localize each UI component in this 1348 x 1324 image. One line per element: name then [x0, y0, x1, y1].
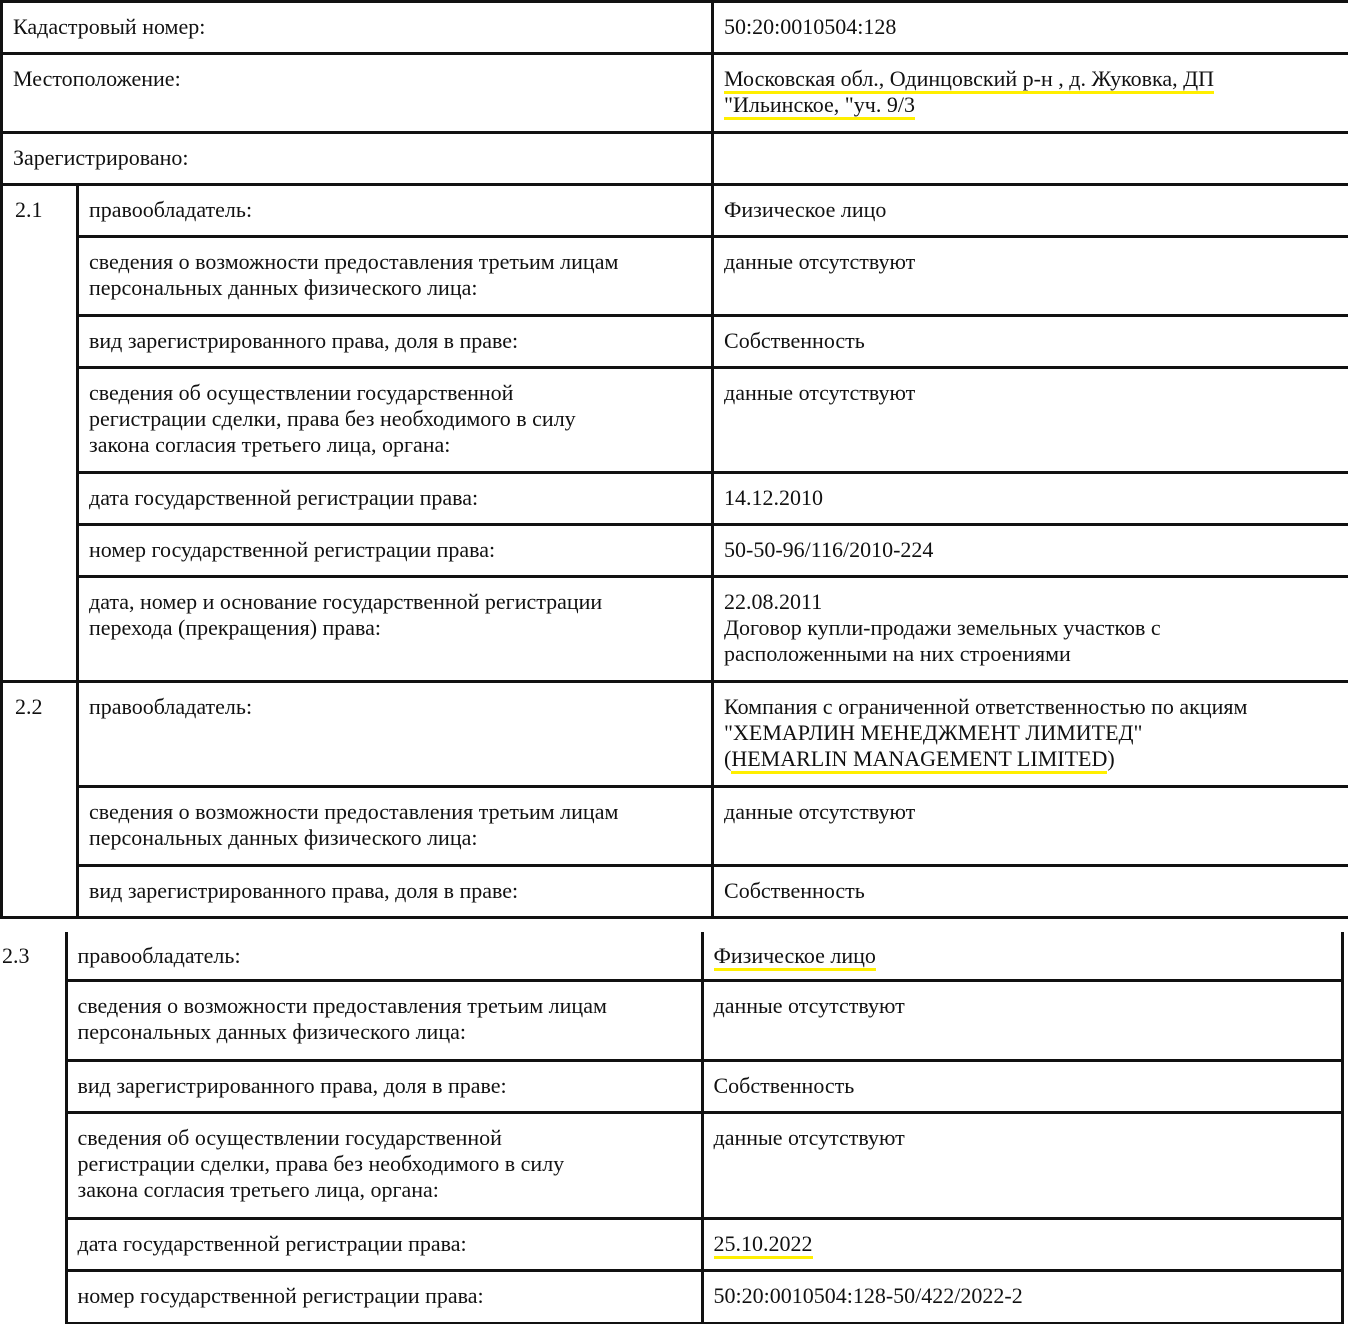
section-row: дата государственной регистрации права:1…: [2, 473, 1348, 525]
field-label: правообладатель:: [78, 682, 713, 787]
text-line: данные отсутствуют: [714, 993, 1331, 1019]
field-value: 14.12.2010: [713, 473, 1348, 525]
text-line: 25.10.2022: [714, 1231, 1331, 1257]
section-row: номер государственной регистрации права:…: [2, 525, 1348, 577]
field-label: дата, номер и основание государственной …: [78, 577, 713, 682]
field-label: дата государственной регистрации права:: [78, 473, 713, 525]
section-number: 2.2: [2, 682, 78, 918]
text-line: Физическое лицо: [714, 943, 1331, 969]
text-line: "Ильинское, "уч. 9/3: [724, 92, 1338, 118]
field-label: Местоположение:: [2, 54, 713, 133]
section-number: 2.1: [2, 185, 78, 682]
header-row: Кадастровый номер:50:20:0010504:128: [2, 2, 1348, 54]
text-line: Собственность: [714, 1073, 1331, 1099]
field-label: сведения о возможности предоставления тр…: [66, 980, 702, 1060]
field-label: сведения о возможности предоставления тр…: [78, 787, 713, 866]
field-value: Собственность: [713, 866, 1348, 918]
field-value: Физическое лицо: [713, 185, 1348, 237]
text-line: Физическое лицо: [724, 197, 1338, 223]
section-row: дата государственной регистрации права:2…: [0, 1218, 1342, 1270]
text-line: сведения о возможности предоставления тр…: [89, 799, 701, 825]
section-row: 2.2правообладатель:Компания с ограниченн…: [2, 682, 1348, 787]
section-row: сведения об осуществлении государственно…: [2, 368, 1348, 473]
text-line: данные отсутствуют: [714, 1125, 1331, 1151]
text-line: "ХЕМАРЛИН МЕНЕДЖМЕНТ ЛИМИТЕД": [724, 720, 1338, 746]
text-line: дата государственной регистрации права:: [78, 1231, 691, 1257]
text-line: Договор купли-продажи земельных участков…: [724, 615, 1338, 641]
field-label: сведения о возможности предоставления тр…: [78, 237, 713, 316]
field-value: данные отсутствуют: [702, 1112, 1342, 1218]
text-line: вид зарегистрированного права, доля в пр…: [89, 878, 701, 904]
text-line: сведения об осуществлении государственно…: [78, 1125, 691, 1151]
text-line: данные отсутствуют: [724, 249, 1338, 275]
field-label: номер государственной регистрации права:: [66, 1270, 702, 1323]
field-value: Собственность: [702, 1060, 1342, 1112]
text-line: регистрации сделки, права без необходимо…: [89, 406, 701, 432]
field-label: номер государственной регистрации права:: [78, 525, 713, 577]
text-line: сведения о возможности предоставления тр…: [78, 993, 691, 1019]
highlighted-text: HEMARLIN MANAGEMENT LIMITED: [731, 746, 1107, 774]
field-label: дата государственной регистрации права:: [66, 1218, 702, 1270]
field-label: Кадастровый номер:: [2, 2, 713, 54]
text-line: 14.12.2010: [724, 485, 1338, 511]
egrn-extract-fragment-top: Кадастровый номер:50:20:0010504:128Место…: [0, 0, 1348, 919]
text-line: правообладатель:: [89, 694, 701, 720]
text-line: номер государственной регистрации права:: [78, 1283, 691, 1309]
text-line: вид зарегистрированного права, доля в пр…: [89, 328, 701, 354]
field-label: вид зарегистрированного права, доля в пр…: [78, 866, 713, 918]
field-value: Физическое лицо: [702, 932, 1342, 980]
text-line: перехода (прекращения) права:: [89, 615, 701, 641]
text-line: персональных данных физического лица:: [89, 275, 701, 301]
field-label: сведения об осуществлении государственно…: [78, 368, 713, 473]
field-value: Собственность: [713, 316, 1348, 368]
field-value: Компания с ограниченной ответственностью…: [713, 682, 1348, 787]
text-line: 50:20:0010504:128: [724, 14, 1338, 40]
section-row: 2.3правообладатель:Физическое лицо: [0, 932, 1342, 980]
text-line: правообладатель:: [78, 943, 691, 969]
section-row: вид зарегистрированного права, доля в пр…: [2, 866, 1348, 918]
section-row: сведения об осуществлении государственно…: [0, 1112, 1342, 1218]
field-label: правообладатель:: [66, 932, 702, 980]
header-row: Зарегистрировано:: [2, 133, 1348, 185]
field-value: 22.08.2011Договор купли-продажи земельны…: [713, 577, 1348, 682]
header-row: Местоположение:Московская обл., Одинцовс…: [2, 54, 1348, 133]
text-line: закона согласия третьего лица, органа:: [78, 1177, 691, 1203]
text-line: 22.08.2011: [724, 589, 1338, 615]
text-line: 50-50-96/116/2010-224: [724, 537, 1338, 563]
text-line: (HEMARLIN MANAGEMENT LIMITED): [724, 746, 1338, 772]
text-line: Собственность: [724, 878, 1338, 904]
egrn-extract-fragment-bottom: 2.3правообладатель:Физическое лицосведен…: [0, 932, 1348, 1324]
text-line: регистрации сделки, права без необходимо…: [78, 1151, 691, 1177]
property-table-top: Кадастровый номер:50:20:0010504:128Место…: [0, 0, 1348, 919]
property-table-bottom: 2.3правообладатель:Физическое лицосведен…: [0, 932, 1344, 1324]
section-row: сведения о возможности предоставления тр…: [2, 237, 1348, 316]
text-line: вид зарегистрированного права, доля в пр…: [78, 1073, 691, 1099]
text-line: дата государственной регистрации права:: [89, 485, 701, 511]
section-row: 2.1правообладатель:Физическое лицо: [2, 185, 1348, 237]
field-value: 25.10.2022: [702, 1218, 1342, 1270]
field-value: данные отсутствуют: [713, 787, 1348, 866]
text-line: данные отсутствуют: [724, 380, 1338, 406]
text-line: персональных данных физического лица:: [78, 1019, 691, 1045]
text-line: правообладатель:: [89, 197, 701, 223]
text-line: 50:20:0010504:128-50/422/2022-2: [714, 1283, 1331, 1309]
highlighted-text: Физическое лицо: [714, 943, 876, 971]
field-label: правообладатель:: [78, 185, 713, 237]
text-line: сведения о возможности предоставления тр…: [89, 249, 701, 275]
section-row: сведения о возможности предоставления тр…: [2, 787, 1348, 866]
field-value: данные отсутствуют: [702, 980, 1342, 1060]
text-line: номер государственной регистрации права:: [89, 537, 701, 563]
text-line: Компания с ограниченной ответственностью…: [724, 694, 1338, 720]
field-value: данные отсутствуют: [713, 368, 1348, 473]
section-row: вид зарегистрированного права, доля в пр…: [0, 1060, 1342, 1112]
highlighted-text: "Ильинское, "уч. 9/3: [724, 92, 915, 120]
field-value: Московская обл., Одинцовский р-н , д. Жу…: [713, 54, 1348, 133]
field-value: 50:20:0010504:128-50/422/2022-2: [702, 1270, 1342, 1323]
text-line: Московская обл., Одинцовский р-н , д. Жу…: [724, 66, 1338, 92]
section-row: сведения о возможности предоставления тр…: [0, 980, 1342, 1060]
section-row: вид зарегистрированного права, доля в пр…: [2, 316, 1348, 368]
text-line: дата, номер и основание государственной …: [89, 589, 701, 615]
text-line: Собственность: [724, 328, 1338, 354]
field-value: данные отсутствуют: [713, 237, 1348, 316]
highlighted-text: 25.10.2022: [714, 1231, 813, 1259]
field-value: 50-50-96/116/2010-224: [713, 525, 1348, 577]
field-label: сведения об осуществлении государственно…: [66, 1112, 702, 1218]
text-line: закона согласия третьего лица, органа:: [89, 432, 701, 458]
text-line: персональных данных физического лица:: [89, 825, 701, 851]
field-label: вид зарегистрированного права, доля в пр…: [78, 316, 713, 368]
field-label: Зарегистрировано:: [2, 133, 713, 185]
section-row: дата, номер и основание государственной …: [2, 577, 1348, 682]
field-value: 50:20:0010504:128: [713, 2, 1348, 54]
fragment-gap: [0, 919, 1348, 932]
text-line: данные отсутствуют: [724, 799, 1338, 825]
field-label: вид зарегистрированного права, доля в пр…: [66, 1060, 702, 1112]
text-line: сведения об осуществлении государственно…: [89, 380, 701, 406]
section-row: номер государственной регистрации права:…: [0, 1270, 1342, 1323]
section-number: 2.3: [0, 932, 66, 1323]
highlighted-text: Московская обл., Одинцовский р-н , д. Жу…: [724, 66, 1214, 94]
text-line: расположенными на них строениями: [724, 641, 1338, 667]
field-value: [713, 133, 1348, 185]
